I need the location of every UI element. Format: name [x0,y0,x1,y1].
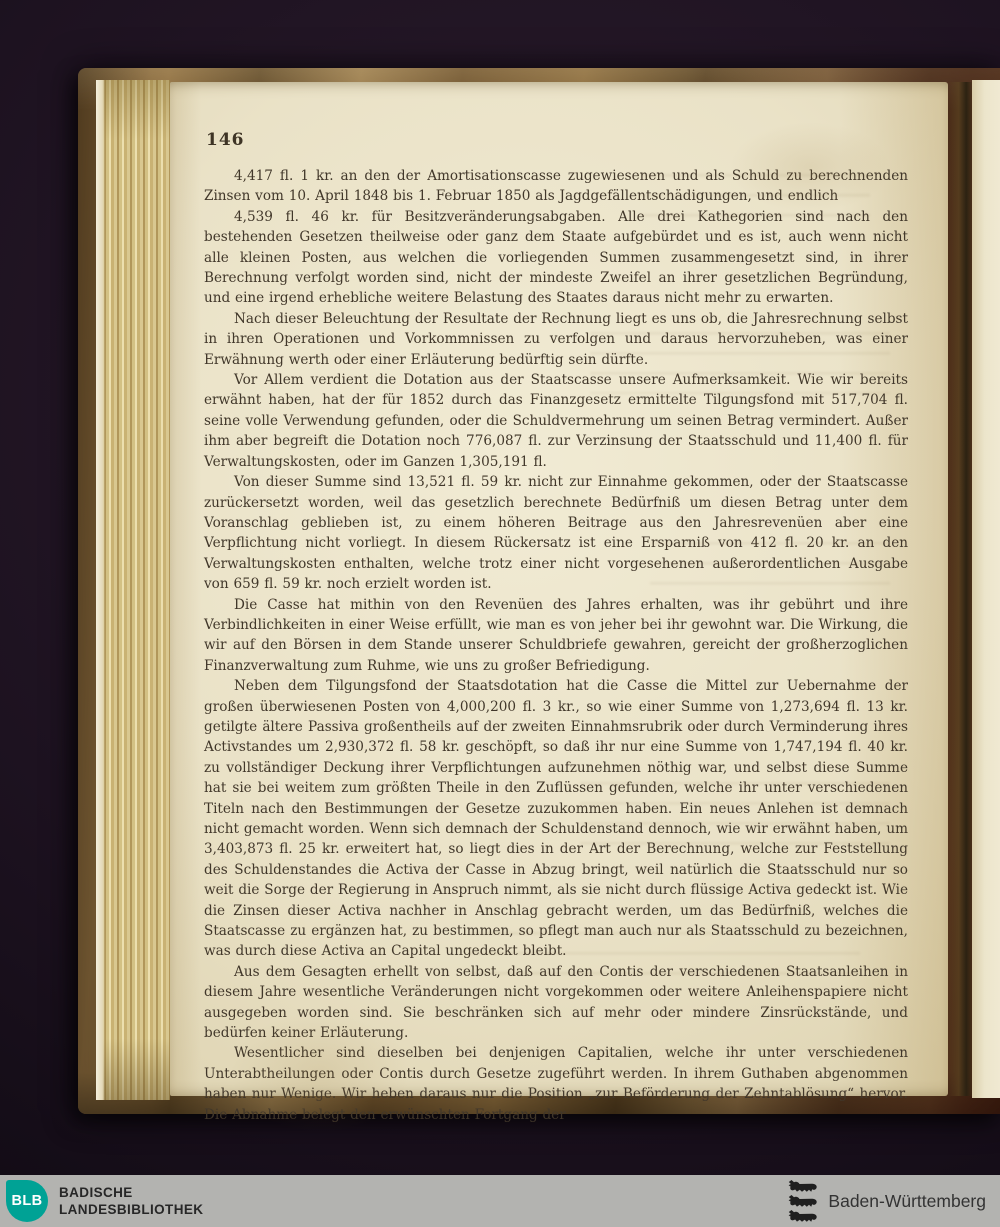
library-name-line1: BADISCHE [59,1184,203,1201]
baden-wuerttemberg-branding: Baden-Württemberg [788,1179,986,1223]
blb-logo-text: BLB [11,1193,42,1209]
paragraph: 4,417 fl. 1 kr. an den der Amortisations… [204,166,908,207]
library-branding-bar: BLB BADISCHE LANDESBIBLIOTHEK Baden-Würt… [0,1175,1000,1227]
library-name: BADISCHE LANDESBIBLIOTHEK [59,1184,203,1218]
paragraph: 4,539 fl. 46 kr. für Besitzveränderungsa… [204,207,908,309]
page-fore-edge-stack [96,80,170,1100]
facing-page-edge [972,80,1000,1098]
paragraph: Von dieser Summe sind 13,521 fl. 59 kr. … [204,472,908,594]
paragraph: Wesentlicher sind dieselben bei denjenig… [204,1043,908,1125]
book-page: 146 4,417 fl. 1 kr. an den der Amortisat… [170,82,948,1096]
coat-of-arms-icon [788,1179,818,1223]
blb-branding: BLB BADISCHE LANDESBIBLIOTHEK [6,1180,203,1222]
library-name-line2: LANDESBIBLIOTHEK [59,1201,203,1218]
paragraph: Die Casse hat mithin von den Revenüen de… [204,595,908,677]
paragraph: Vor Allem verdient die Dotation aus der … [204,370,908,472]
page-body-text: 4,417 fl. 1 kr. an den der Amortisations… [204,166,908,1125]
page-number: 146 [206,130,245,150]
paragraph: Nach dieser Beleuchtung der Resultate de… [204,309,908,370]
scan-backdrop: 146 4,417 fl. 1 kr. an den der Amortisat… [0,0,1000,1227]
book-gutter-shadow [948,82,972,1096]
region-label: Baden-Württemberg [828,1191,986,1212]
paragraph: Neben dem Tilgungsfond der Staatsdotatio… [204,676,908,962]
paragraph: Aus dem Gesagten erhellt von selbst, daß… [204,962,908,1044]
blb-logo-icon: BLB [6,1180,48,1222]
